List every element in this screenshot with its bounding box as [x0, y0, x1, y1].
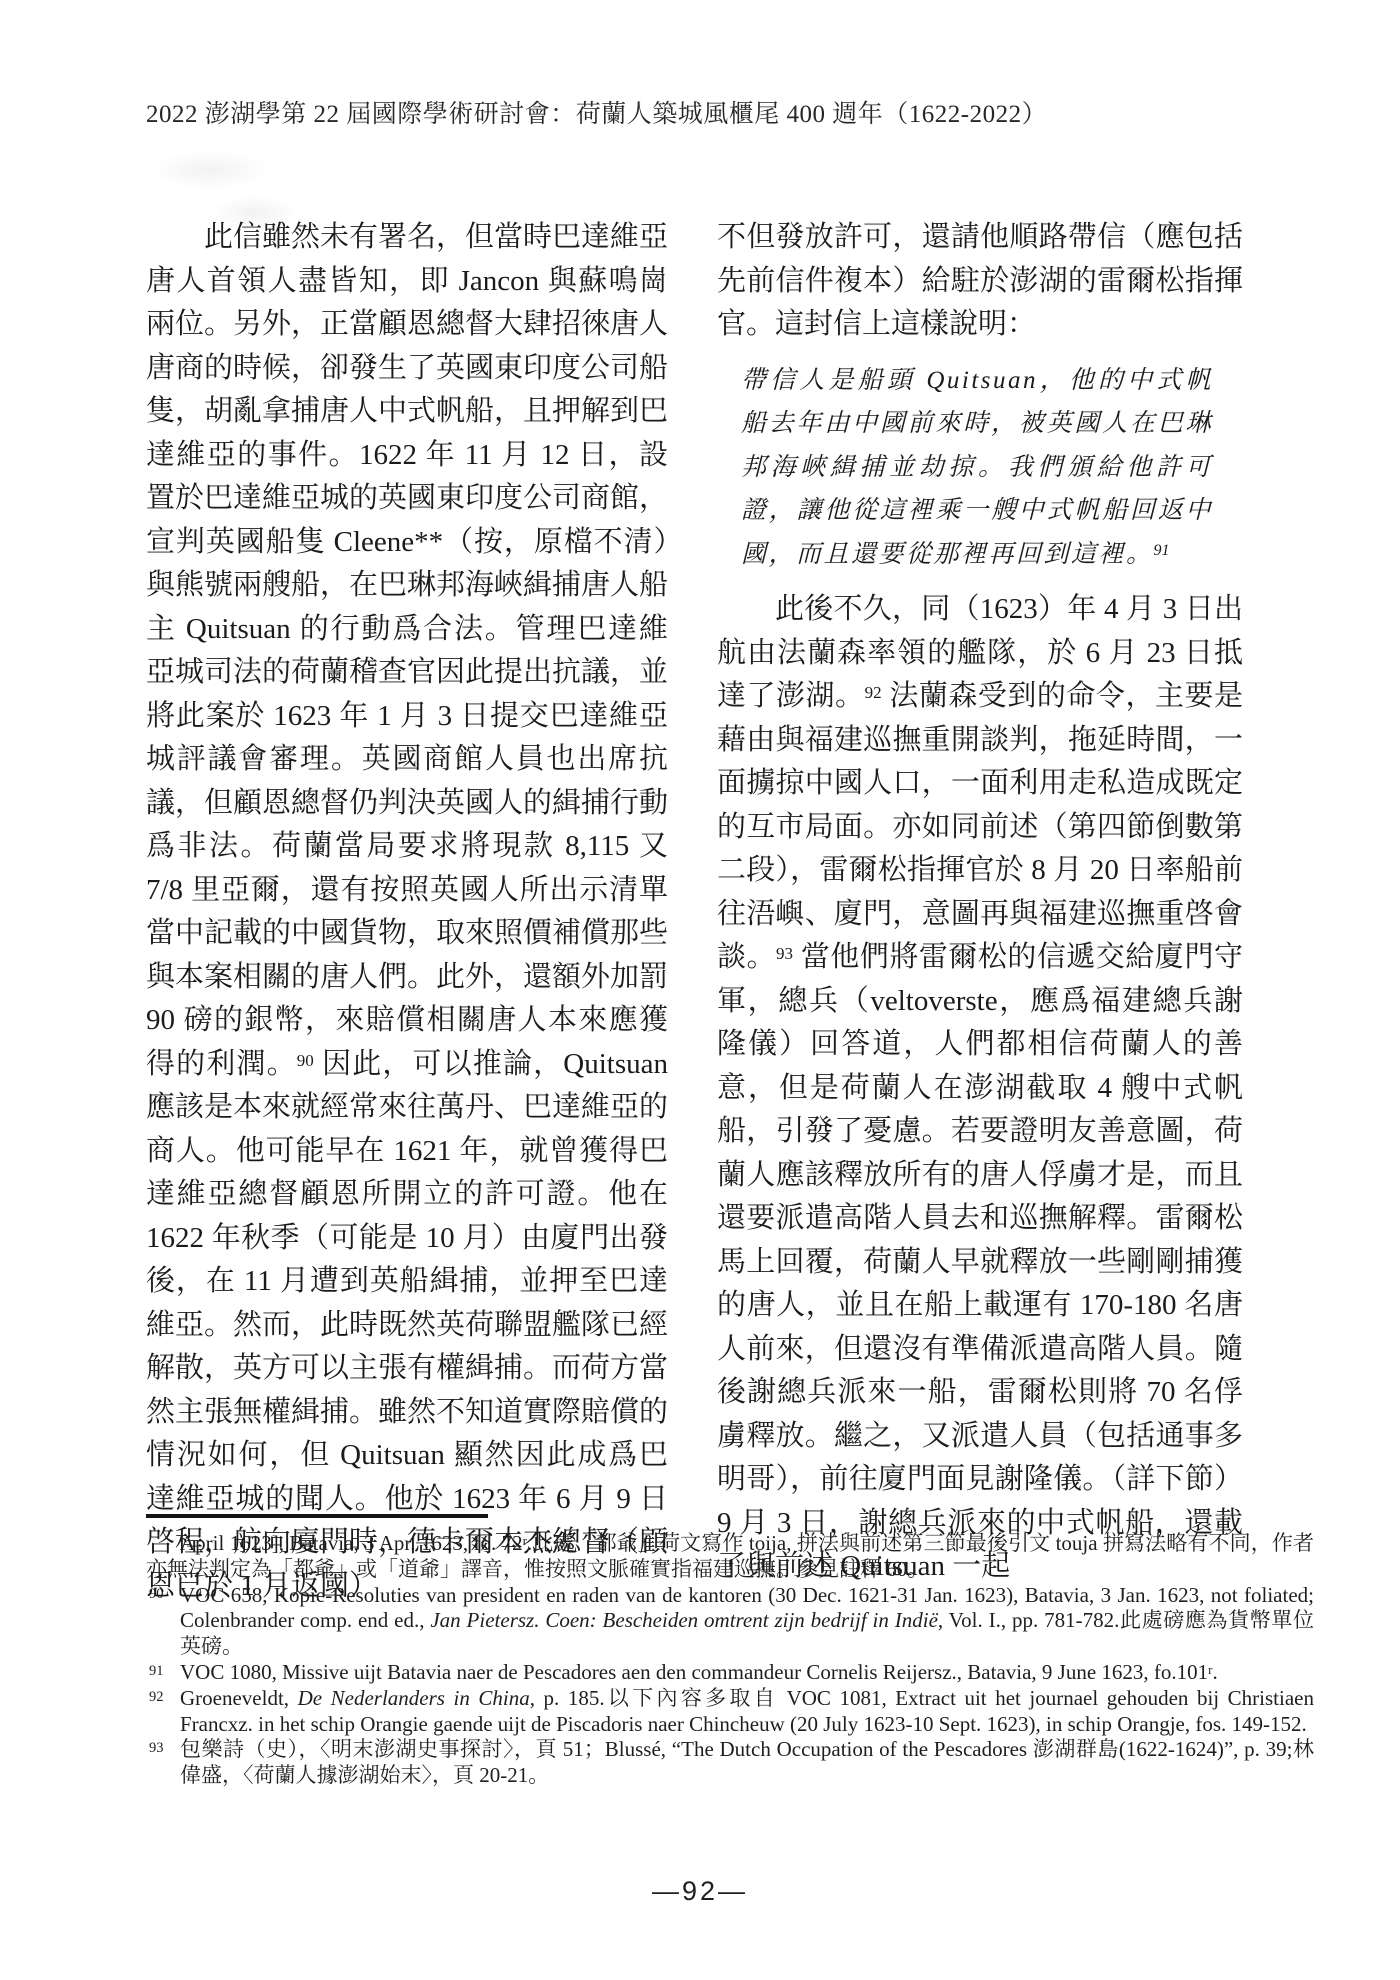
left-column: 此信雖然未有署名，但當時巴達維亞唐人首領人盡皆知，即 Jancon 與蘇鳴崗兩位… — [146, 216, 668, 1608]
footnote-number: 93 — [149, 1736, 164, 1762]
footnote-text: 包樂詩（史），〈明末澎湖史事探討〉，頁 51；Blussé, “The Dutc… — [180, 1737, 1314, 1787]
footnote-number: 90 — [149, 1582, 164, 1608]
body-paragraph-right: 此後不久，同（1623）年 4 月 3 日出航由法蘭森率領的艦隊，於 6 月 2… — [717, 588, 1243, 1589]
paper-page: 2022 澎湖學第 22 屆國際學術研討會：荷蘭人築城風櫃尾 400 週年（16… — [0, 0, 1400, 1980]
footnotes-section: April 1623], Batavia, 3 Apr. 1623, fo. 7… — [146, 1514, 1314, 1789]
block-quote: 帶信人是船頭 Quitsuan，他的中式帆船去年由中國前來時，被英國人在巴琳邦海… — [741, 359, 1213, 577]
footnote-93: 93包樂詩（史），〈明末澎湖史事探討〉，頁 51；Blussé, “The Du… — [146, 1737, 1314, 1789]
running-header: 2022 澎湖學第 22 屆國際學術研討會：荷蘭人築城風櫃尾 400 週年（16… — [146, 94, 1047, 130]
footnote-92: 92Groeneveldt, De Nederlanders in China,… — [146, 1686, 1314, 1738]
footnote-separator-rule — [146, 1514, 488, 1518]
page-number: —92— — [0, 1876, 1400, 1907]
footnote-91: 91VOC 1080, Missive uijt Batavia naer de… — [146, 1660, 1314, 1686]
footnote-text: VOC 1080, Missive uijt Batavia naer de P… — [180, 1660, 1218, 1684]
body-paragraph-continuation: 不但發放許可，還請他順路帶信（應包括先前信件複本）給駐於澎湖的雷爾松指揮官。這封… — [717, 216, 1243, 347]
footnote-number: 91 — [149, 1659, 164, 1685]
scan-artifact — [150, 150, 270, 190]
footnote-number: 92 — [149, 1685, 164, 1711]
footnote-text: Groeneveldt, De Nederlanders in China, p… — [180, 1686, 1314, 1736]
footnote-90: 90VOC 658, Kopie-Resoluties van presiden… — [146, 1583, 1314, 1660]
body-paragraph-left: 此信雖然未有署名，但當時巴達維亞唐人首領人盡皆知，即 Jancon 與蘇鳴崗兩位… — [146, 216, 668, 1608]
right-column: 不但發放許可，還請他順路帶信（應包括先前信件複本）給駐於澎湖的雷爾松指揮官。這封… — [717, 216, 1243, 1589]
footnote-text: VOC 658, Kopie-Resoluties van president … — [180, 1583, 1314, 1659]
footnote-continuation: April 1623], Batavia, 3 Apr. 1623, fo. 7… — [146, 1531, 1314, 1583]
